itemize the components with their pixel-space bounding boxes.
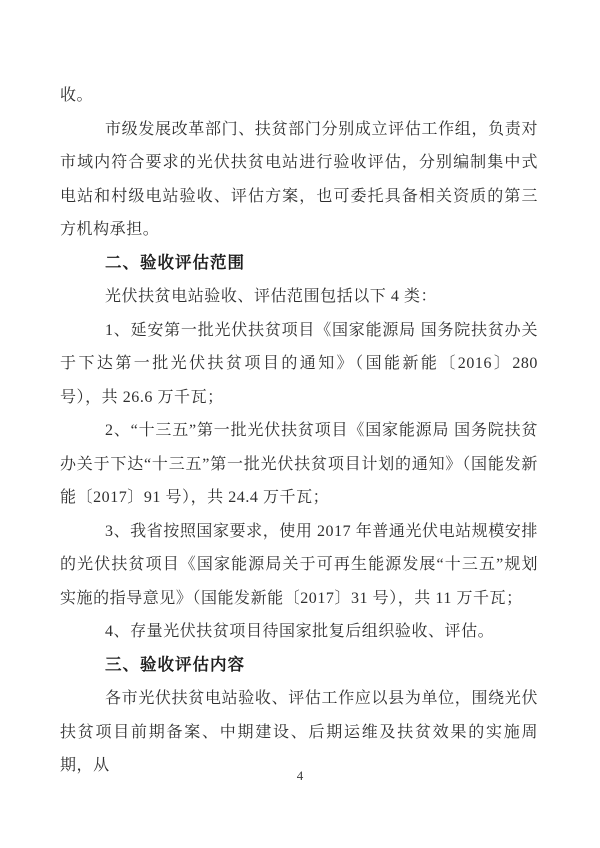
- section-heading-2: 二、验收评估范围: [60, 247, 538, 281]
- paragraph-continuation: 收。: [60, 79, 538, 113]
- list-item-3: 3、我省按照国家要求，使用 2017 年普通光伏电站规模安排的光伏扶贫项目《国家…: [60, 515, 538, 616]
- paragraph: 光伏扶贫电站验收、评估范围包括以下 4 类：: [60, 280, 538, 314]
- document-page: 收。 市级发展改革部门、扶贫部门分别成立评估工作组，负责对市域内符合要求的光伏扶…: [0, 0, 600, 848]
- list-item-1: 1、延安第一批光伏扶贫项目《国家能源局 国务院扶贫办关于下达第一批光伏扶贫项目的…: [60, 314, 538, 415]
- section-heading-3: 三、验收评估内容: [60, 649, 538, 683]
- document-body: 收。 市级发展改革部门、扶贫部门分别成立评估工作组，负责对市域内符合要求的光伏扶…: [60, 79, 538, 783]
- list-item-4: 4、存量光伏扶贫项目待国家批复后组织验收、评估。: [60, 615, 538, 649]
- page-number: 4: [0, 768, 600, 784]
- list-item-2: 2、“十三五”第一批光伏扶贫项目《国家能源局 国务院扶贫办关于下达“十三五”第一…: [60, 414, 538, 515]
- paragraph: 市级发展改革部门、扶贫部门分别成立评估工作组，负责对市域内符合要求的光伏扶贫电站…: [60, 113, 538, 247]
